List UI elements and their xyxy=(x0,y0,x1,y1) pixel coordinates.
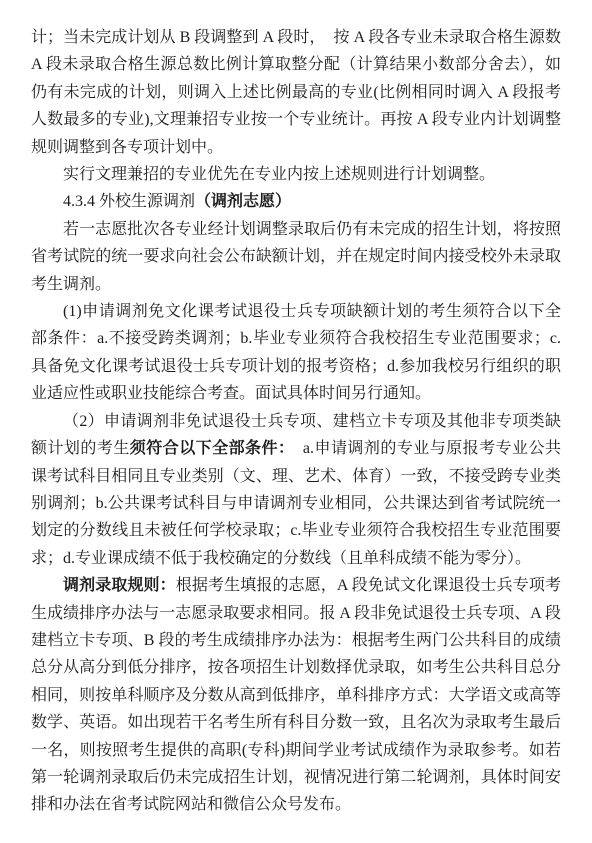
paragraph-plan-adjustment-continuation: 计；当未完成计划从 B 段调整到 A 段时， 按 A 段各专业未录取合格生源数 … xyxy=(31,24,561,161)
paragraph-text: 根据考生填报的志愿，A 段免试文化课退役士兵专项考生成绩排序办法与一志愿录取要求… xyxy=(31,577,561,813)
section-heading-bold-suffix: （调剂志愿） xyxy=(195,193,291,210)
document-page: 计；当未完成计划从 B 段调整到 A 段时， 按 A 段各专业未录取合格生源数 … xyxy=(0,0,592,843)
paragraph-text: a.申请调剂的专业与原报考专业公共课考试科目相同且专业类别（文、理、艺术、体育）… xyxy=(31,440,561,567)
paragraph-text: 实行文理兼招的专业优先在专业内按上述规则进行计划调整。 xyxy=(63,166,495,183)
paragraph-text: (1)申请调剂免文化课考试退役士兵专项缺额计划的考生须符合以下全部条件：a.不接… xyxy=(31,303,561,402)
paragraph-transfer-admission-rules: 调剂录取规则：根据考生填报的志愿，A 段免试文化课退役士兵专项考生成绩排序办法与… xyxy=(31,572,561,819)
paragraph-condition-1: (1)申请调剂免文化课考试退役士兵专项缺额计划的考生须符合以下全部条件：a.不接… xyxy=(31,298,561,408)
paragraph-bold-lead: 调剂录取规则： xyxy=(63,577,176,594)
paragraph-vacancy-announcement: 若一志愿批次各专业经计划调整录取后仍有未完成的招生计划，将按照省考试院的统一要求… xyxy=(31,216,561,298)
section-heading-4-3-4: 4.3.4 外校生源调剂（调剂志愿） xyxy=(31,188,561,215)
section-heading-number-title: 4.3.4 外校生源调剂 xyxy=(63,193,195,210)
paragraph-text: 计；当未完成计划从 B 段调整到 A 段时， 按 A 段各专业未录取合格生源数 … xyxy=(31,29,561,156)
paragraph-wenli-priority: 实行文理兼招的专业优先在专业内按上述规则进行计划调整。 xyxy=(31,161,561,188)
paragraph-condition-2: （2）申请调剂非免试退役士兵专项、建档立卡专项及其他非专项类缺额计划的考生须符合… xyxy=(31,408,561,572)
paragraph-text: 若一志愿批次各专业经计划调整录取后仍有未完成的招生计划，将按照省考试院的统一要求… xyxy=(31,221,561,293)
paragraph-bold-phrase: 须符合以下全部条件： xyxy=(130,440,287,457)
